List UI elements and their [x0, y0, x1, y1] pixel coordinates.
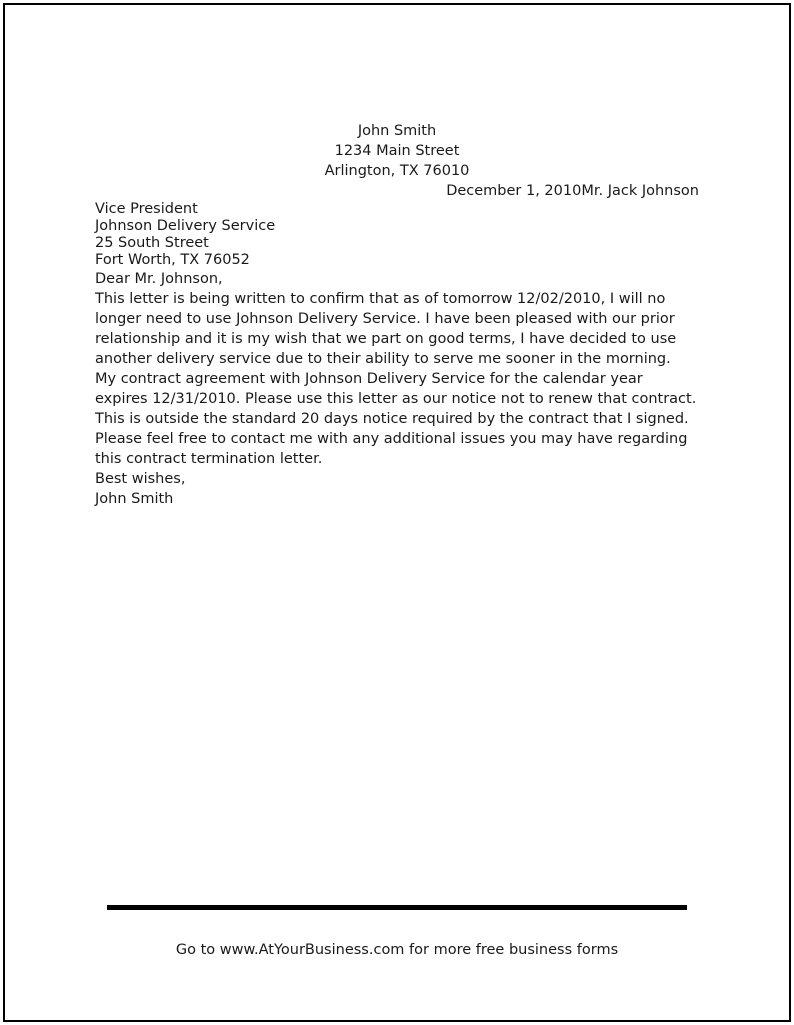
- sender-street: 1234 Main Street: [95, 141, 699, 161]
- recipient-company: Johnson Delivery Service: [95, 218, 699, 235]
- letter-page: John Smith 1234 Main Street Arlington, T…: [3, 3, 791, 1022]
- closing: Best wishes,: [95, 469, 699, 489]
- sender-city-line: Arlington, TX 76010: [95, 161, 699, 181]
- signature-name: John Smith: [95, 489, 699, 509]
- sender-name: John Smith: [95, 121, 699, 141]
- addressee-name: Mr. Jack Johnson: [581, 183, 699, 199]
- recipient-title: Vice President: [95, 201, 699, 218]
- salutation: Dear Mr. Johnson,: [95, 269, 699, 289]
- letter-date: December 1, 2010: [446, 183, 581, 199]
- body-paragraph-1: This letter is being written to confirm …: [95, 289, 699, 369]
- footer-note: Go to www.AtYourBusiness.com for more fr…: [5, 940, 789, 960]
- body-paragraph-2: My contract agreement with Johnson Deliv…: [95, 369, 699, 469]
- date-line: December 1, 2010Mr. Jack Johnson: [95, 181, 699, 201]
- recipient-street: 25 South Street: [95, 235, 699, 252]
- recipient-city-line: Fort Worth, TX 76052: [95, 252, 699, 269]
- letter-body: John Smith 1234 Main Street Arlington, T…: [95, 121, 699, 509]
- footer-divider-rule: [107, 905, 687, 910]
- sender-address-block: John Smith 1234 Main Street Arlington, T…: [95, 121, 699, 181]
- recipient-address-block: Vice President Johnson Delivery Service …: [95, 201, 699, 269]
